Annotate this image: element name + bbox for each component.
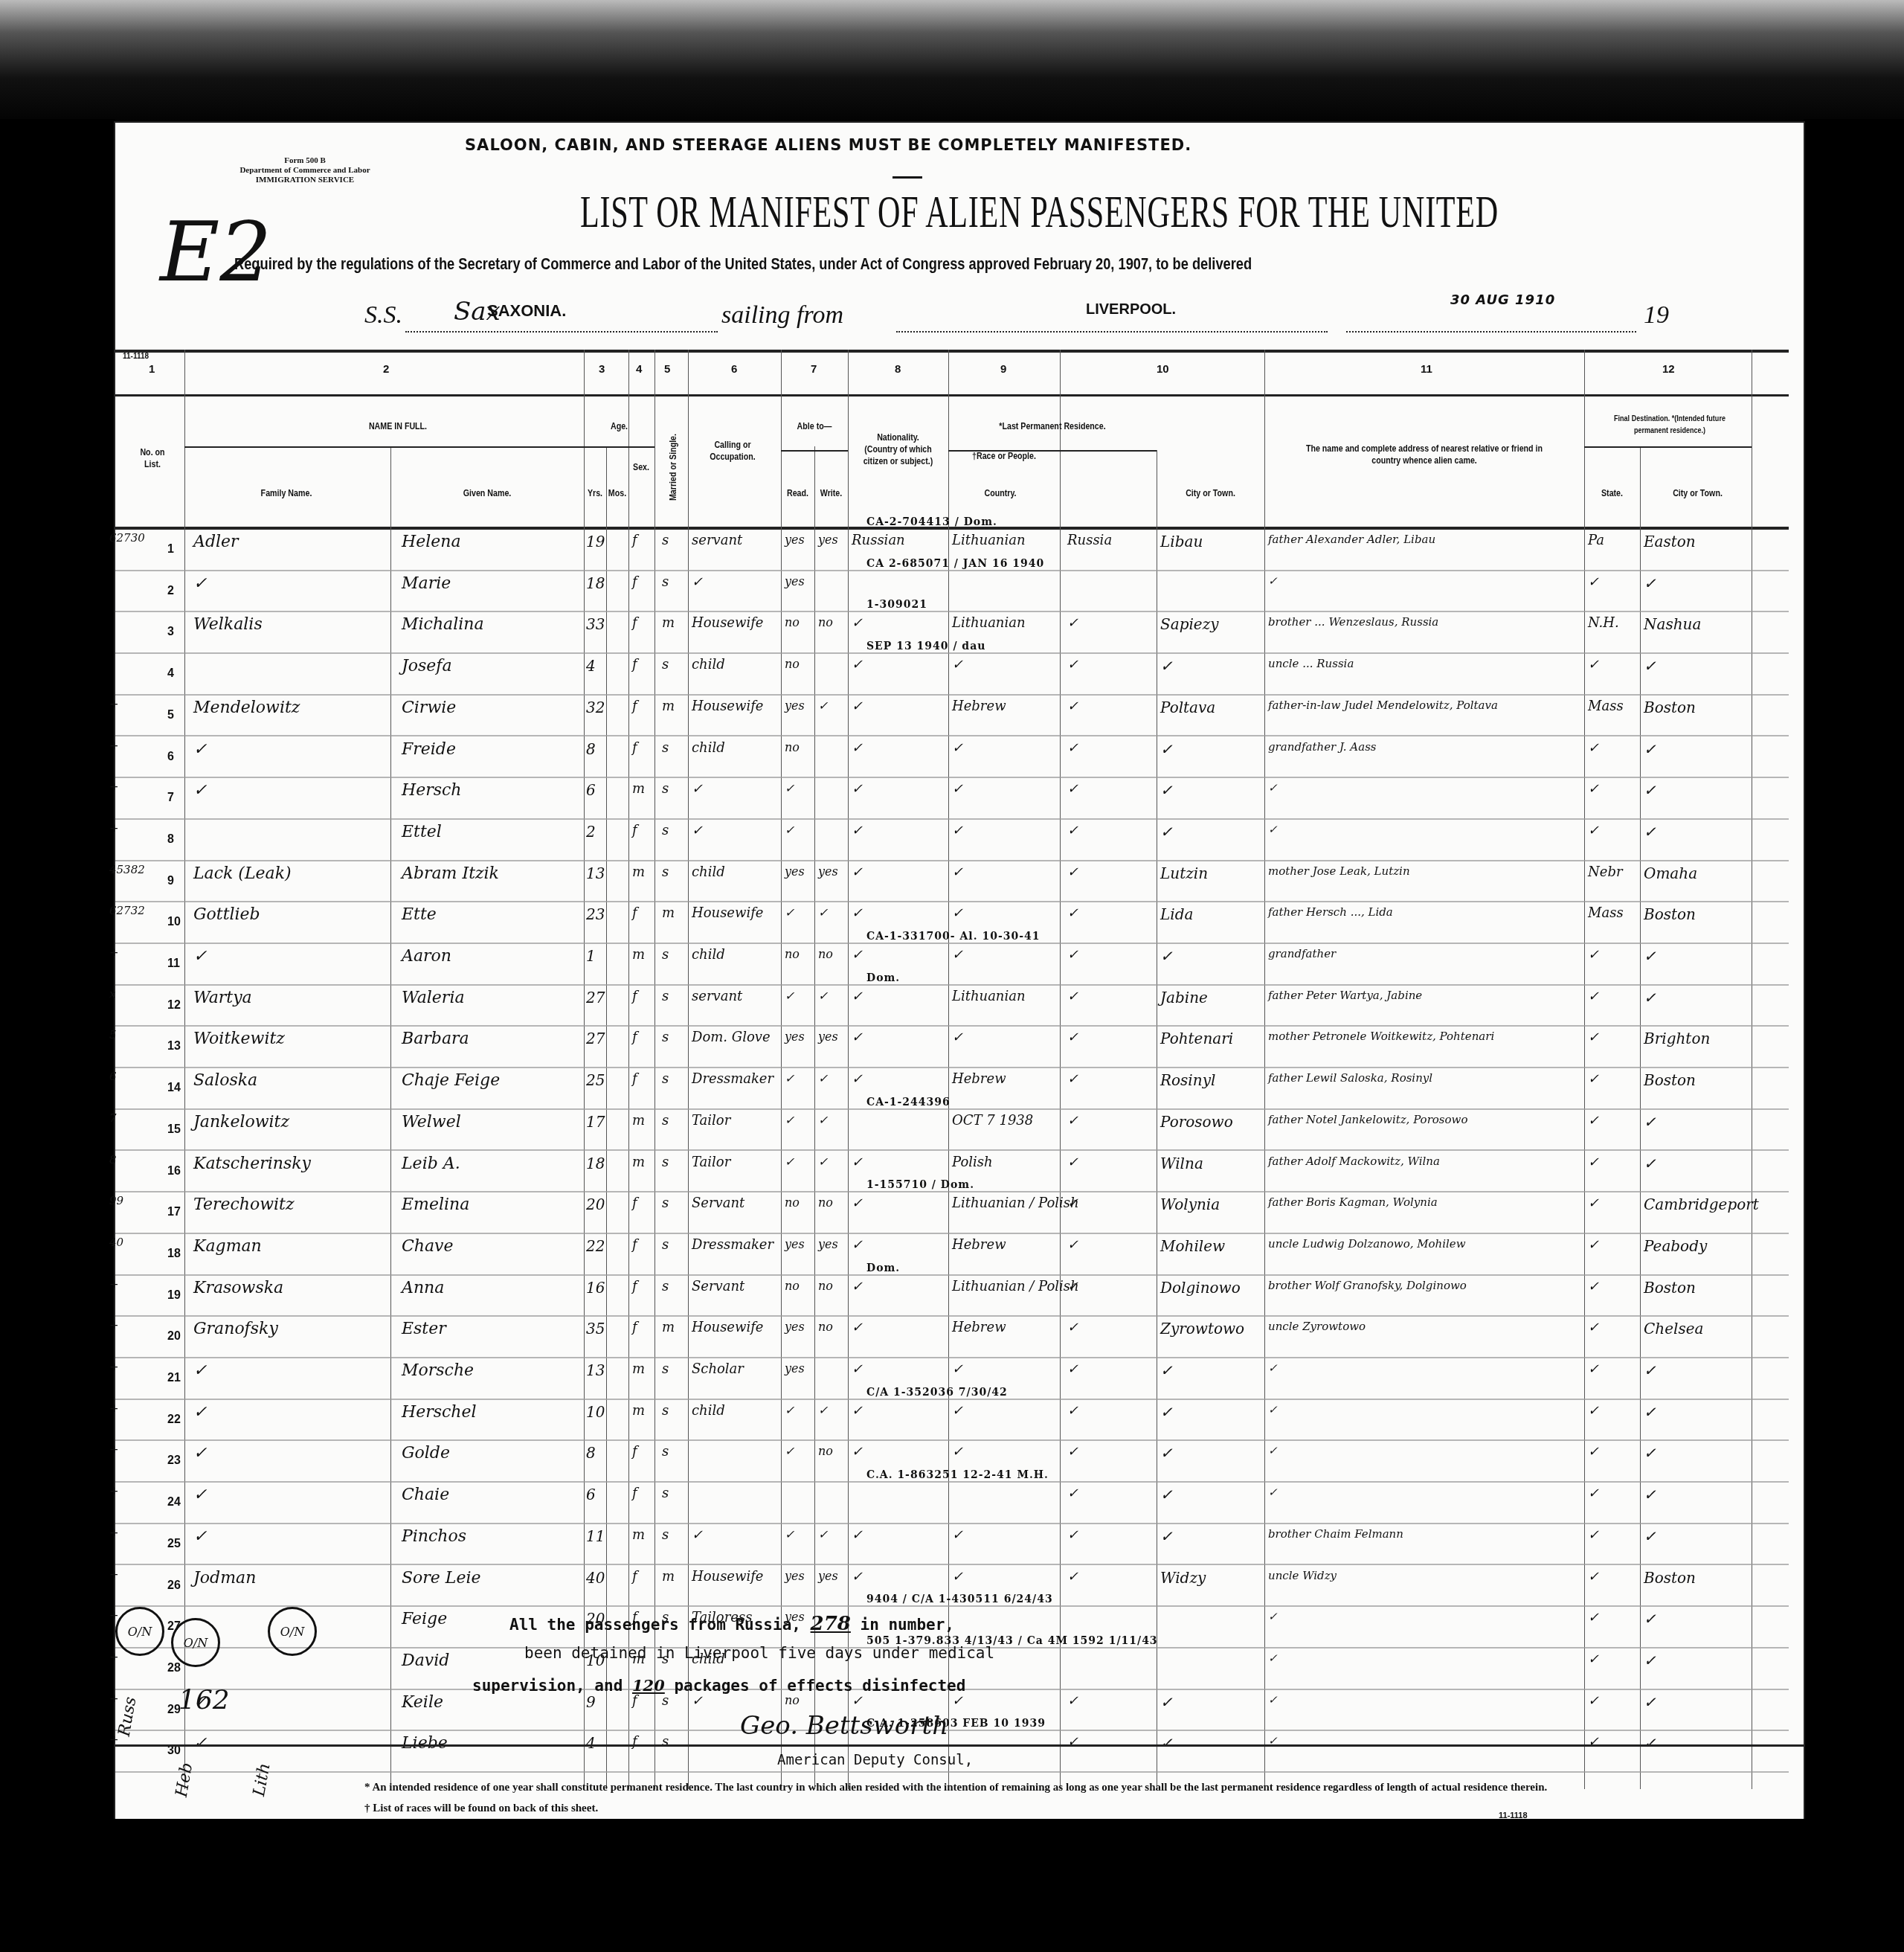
residence-city: Rosinyl: [1160, 1071, 1215, 1089]
nationality: ✓: [852, 947, 863, 963]
row-number: 9: [167, 875, 174, 888]
residence-city: Lutzin: [1160, 864, 1208, 882]
footer-line-2: been detained in Liverpool five days und…: [524, 1644, 994, 1662]
nationality: ✓: [852, 1361, 863, 1377]
form-identifier: Form 500 B Department of Commerce and La…: [223, 156, 387, 185]
sex: f: [632, 823, 637, 838]
can-write: yes: [818, 1030, 838, 1044]
row-margin-note: 62730: [109, 531, 145, 545]
destination-city: Chelsea: [1644, 1320, 1703, 1338]
destination-state: ✓: [1588, 740, 1599, 756]
nationality: Russian: [852, 533, 905, 548]
residence-city: Zyrowtowo: [1160, 1320, 1244, 1338]
given-name: Chaie: [402, 1486, 449, 1504]
family-name: ✓: [193, 1734, 207, 1753]
marital-status: m: [662, 615, 675, 631]
given-name: Abram Itzik: [402, 864, 499, 883]
residence-country: ✓: [1067, 989, 1078, 1004]
marital-status: m: [662, 905, 675, 921]
nationality: ✓: [852, 615, 863, 631]
row-margin-note: +: [109, 1526, 119, 1539]
given-name: Aaron: [402, 947, 451, 966]
can-write: ✓: [818, 1071, 828, 1085]
family-name: Terechowitz: [193, 1195, 295, 1214]
nationality: ✓: [852, 1320, 863, 1335]
nationality: ✓: [852, 823, 863, 838]
can-read: ✓: [785, 1113, 794, 1127]
race: ✓: [952, 947, 963, 963]
race: ✓: [952, 823, 963, 838]
passenger-count: 278: [811, 1613, 851, 1635]
can-write: ✓: [818, 1155, 828, 1169]
marital-status: m: [662, 1569, 675, 1585]
marital-status: s: [662, 1071, 669, 1087]
given-name: Helena: [402, 533, 461, 551]
destination-state: N.H.: [1588, 615, 1619, 631]
given-name: Morsche: [402, 1361, 474, 1380]
family-name: Gottlieb: [193, 905, 260, 924]
residence-city: Poltava: [1160, 699, 1215, 716]
annotation-stamp: CA-1-331700- Al. 10-30-41: [866, 931, 1041, 943]
marital-status: s: [662, 1155, 669, 1170]
table-row: 11+✓Aaron1mschildnono✓✓✓✓grandfather✓✓CA…: [115, 944, 1789, 986]
colnum-10: 10: [1157, 363, 1169, 376]
destination-city: ✓: [1644, 1610, 1656, 1628]
occupation: child: [692, 864, 725, 880]
sex: f: [632, 1195, 637, 1211]
ship-line: S.S. Sax SAXONIA. sailing from LIVERPOOL…: [364, 301, 1792, 338]
sex: f: [632, 1734, 637, 1750]
can-read: no: [785, 1693, 800, 1707]
can-read: ✓: [785, 1444, 794, 1458]
row-margin-note: +: [109, 739, 119, 752]
destination-city: Easton: [1644, 533, 1696, 550]
occupation: Servant: [692, 1279, 744, 1294]
row-margin-note: 5: [109, 1028, 117, 1041]
consul-signature: Geo. Bettsworth: [740, 1711, 948, 1741]
annotation-stamp: C/A 1-352036 7/30/42: [866, 1387, 1008, 1399]
residence-country: ✓: [1067, 699, 1078, 714]
age-years: 32: [586, 699, 605, 716]
destination-state: ✓: [1588, 1734, 1599, 1750]
age-years: 4: [586, 1734, 596, 1752]
row-margin-note: +: [109, 1484, 119, 1497]
residence-city: Lida: [1160, 905, 1193, 923]
can-read: yes: [785, 1030, 805, 1044]
race: Hebrew: [952, 1071, 1006, 1087]
nationality: ✓: [852, 1155, 863, 1170]
date-dotline: [1346, 331, 1636, 333]
annotation-stamp: 1-155710 / Dom.: [866, 1179, 974, 1191]
age-years: 6: [586, 781, 596, 799]
race: ✓: [952, 740, 963, 756]
given-name: Chaje Feige: [402, 1071, 500, 1090]
destination-city: ✓: [1644, 657, 1656, 675]
consul-title: American Deputy Consul,: [777, 1752, 973, 1768]
nearest-relative: ✓: [1268, 1693, 1278, 1707]
given-name: Keile: [402, 1693, 443, 1712]
can-write: no: [818, 1444, 833, 1458]
destination-city: Cambridgeport: [1644, 1195, 1759, 1213]
destination-state: ✓: [1588, 989, 1599, 1004]
family-name: ✓: [193, 1444, 207, 1463]
residence-country: ✓: [1067, 615, 1078, 631]
race: ✓: [952, 781, 963, 797]
family-name: Saloska: [193, 1071, 257, 1090]
can-read: ✓: [785, 781, 794, 795]
nearest-relative: father Adolf Mackowitz, Wilna: [1268, 1155, 1440, 1168]
destination-state: ✓: [1588, 1403, 1599, 1419]
occupation: Housewife: [692, 905, 764, 921]
age-years: 23: [586, 905, 605, 923]
nationality: ✓: [852, 1444, 863, 1460]
residence-country: ✓: [1067, 1486, 1078, 1501]
race: Lithuanian / Polish: [952, 1195, 1079, 1211]
age-years: 1: [586, 947, 596, 965]
row-margin-note: +: [109, 1402, 119, 1415]
nearest-relative: father Notel Jankelowitz, Porosowo: [1268, 1113, 1467, 1126]
can-read: ✓: [785, 1071, 794, 1085]
occupation: Dressmaker: [692, 1237, 773, 1253]
header-family-name: Family Name.: [225, 487, 347, 499]
nationality: ✓: [852, 1071, 863, 1087]
date-stamp: 30 AUG 1910: [1450, 292, 1555, 308]
colnum-6: 6: [731, 363, 737, 376]
family-name: ✓: [193, 740, 207, 759]
page-title: LIST OR MANIFEST OF ALIEN PASSENGERS FOR…: [580, 186, 1499, 239]
header-country: Country.: [964, 487, 1037, 499]
sex: m: [632, 1113, 645, 1128]
destination-city: ✓: [1644, 1651, 1656, 1669]
sex: f: [632, 1444, 637, 1460]
marital-status: s: [662, 1113, 669, 1128]
destination-city: ✓: [1644, 781, 1656, 799]
colnum-3: 3: [599, 363, 605, 376]
race: ✓: [952, 1403, 963, 1419]
destination-city: ✓: [1644, 1113, 1656, 1131]
marital-status: s: [662, 1693, 669, 1709]
can-read: yes: [785, 1320, 805, 1334]
row-number: 8: [167, 833, 174, 847]
header-write: Write.: [817, 487, 845, 499]
row-margin-note: +: [109, 1318, 119, 1332]
table-row: 6+✓Freide8fschildno✓✓✓✓grandfather J. Aa…: [115, 737, 1789, 779]
can-read: yes: [785, 533, 805, 547]
destination-state: ✓: [1588, 1361, 1599, 1377]
banner-rule: [892, 176, 922, 179]
can-write: no: [818, 615, 833, 629]
table-row: 7+✓Hersch6ms✓✓✓✓✓✓✓✓✓: [115, 778, 1789, 820]
age-years: 33: [586, 615, 605, 633]
destination-city: ✓: [1644, 574, 1656, 592]
given-name: Michalina: [402, 615, 484, 634]
residence-city: Wolynia: [1160, 1195, 1220, 1213]
row-number: 26: [167, 1579, 181, 1593]
annotation-stamp: 9404 / C/A 1-430511 6/24/43: [866, 1593, 1053, 1605]
row-number: 19: [167, 1289, 181, 1303]
marital-status: s: [662, 947, 669, 963]
occupation: ✓: [692, 1693, 703, 1709]
family-name: ✓: [193, 1527, 207, 1546]
given-name: Ester: [402, 1320, 446, 1338]
nearest-relative: ✓: [1268, 1403, 1278, 1416]
row-margin-note: +: [109, 945, 119, 959]
residence-country: ✓: [1067, 1195, 1078, 1211]
occupation: child: [692, 657, 725, 672]
family-name: ✓: [193, 947, 207, 966]
table-row: 19+KrasowskaAnna16fsServantnono✓Lithuani…: [115, 1276, 1789, 1317]
row-number: 16: [167, 1165, 181, 1178]
nearest-relative: ✓: [1268, 574, 1278, 588]
marital-status: s: [662, 1403, 669, 1419]
age-years: 17: [586, 1113, 605, 1131]
age-years: 27: [586, 989, 605, 1006]
residence-country: ✓: [1067, 1279, 1078, 1294]
family-name: ✓: [193, 574, 207, 593]
sailing-from-label: sailing from: [721, 301, 843, 330]
can-read: no: [785, 947, 800, 961]
row-number: 24: [167, 1496, 181, 1509]
race: Lithuanian: [952, 533, 1026, 548]
can-read: yes: [785, 864, 805, 879]
header-nationality: Nationality. (Country of which citizen o…: [860, 431, 936, 467]
residence-city: Wilna: [1160, 1155, 1203, 1172]
row-number: 11: [167, 957, 180, 971]
marital-status: s: [662, 740, 669, 756]
destination-city: ✓: [1644, 1444, 1656, 1462]
can-write: no: [818, 1320, 833, 1334]
margin-tally: 162: [178, 1685, 230, 1715]
residence-country: Russia: [1067, 533, 1112, 548]
age-years: 11: [586, 1527, 605, 1545]
can-write: ✓: [818, 905, 828, 919]
given-name: Ette: [402, 905, 437, 924]
given-name: Welwel: [402, 1113, 461, 1131]
can-read: ✓: [785, 823, 794, 837]
residence-city: Pohtenari: [1160, 1030, 1233, 1047]
annotation-stamp: 1-309021: [866, 599, 927, 611]
sex: f: [632, 533, 637, 548]
family-name: Mendelowitz: [193, 699, 300, 717]
row-number: 15: [167, 1123, 181, 1137]
can-write: yes: [818, 533, 838, 547]
nationality: ✓: [852, 1403, 863, 1419]
can-write: no: [818, 1279, 833, 1293]
destination-state: ✓: [1588, 1651, 1599, 1667]
occupation: servant: [692, 533, 742, 548]
race: ✓: [952, 1361, 963, 1377]
scan-border-right: [1804, 119, 1904, 1830]
nearest-relative: brother Wolf Granofsky, Dolginowo: [1268, 1279, 1467, 1292]
given-name: Chave: [402, 1237, 454, 1256]
occupation: servant: [692, 989, 742, 1004]
port-dotline: [896, 331, 1328, 333]
row-number: 3: [167, 626, 174, 639]
family-name: Jankelowitz: [193, 1113, 289, 1131]
ship-dotline: [405, 331, 718, 333]
manifest-table: 11-1118 1 2 3 4 5 6 7 8 9 10 11: [115, 350, 1804, 1789]
nearest-relative: ✓: [1268, 1486, 1278, 1499]
header-dest-city: City or Town.: [1656, 487, 1739, 499]
row-margin-note: +: [109, 821, 119, 835]
sex: m: [632, 864, 645, 880]
colnum-8: 8: [895, 363, 901, 376]
given-name: Anna: [402, 1279, 444, 1297]
residence-city: ✓: [1160, 1444, 1173, 1462]
residence-city: Jabine: [1160, 989, 1208, 1006]
race: ✓: [952, 1444, 963, 1460]
can-write: no: [818, 947, 833, 961]
can-read: no: [785, 615, 800, 629]
port-name: LIVERPOOL.: [1086, 301, 1176, 318]
row-rule: [115, 1771, 1789, 1773]
nearest-relative: mother Petronele Woitkewitz, Pohtenari: [1268, 1030, 1494, 1043]
marital-status: s: [662, 1734, 669, 1750]
family-name: Lack (Leak): [193, 864, 292, 883]
residence-country: ✓: [1067, 1071, 1078, 1087]
footnote-residence: * An intended residence of one year shal…: [364, 1782, 1778, 1794]
destination-state: ✓: [1588, 1113, 1599, 1128]
given-name: Marie: [402, 574, 451, 593]
table-row: 157JankelowitzWelwel17msTailor✓✓OCT 7 19…: [115, 1110, 1789, 1152]
residence-country: ✓: [1067, 1569, 1078, 1585]
residence-country: ✓: [1067, 1155, 1078, 1170]
colnum-rule: [115, 394, 1789, 396]
marital-status: s: [662, 781, 669, 797]
residence-city: Dolginowo: [1160, 1279, 1241, 1297]
residence-country: ✓: [1067, 823, 1078, 838]
nearest-relative: uncle Ludwig Dolzanowo, Mohilew: [1268, 1237, 1466, 1250]
row-margin-note: +: [109, 1277, 119, 1291]
nationality: ✓: [852, 1237, 863, 1253]
nationality: ✓: [852, 1030, 863, 1045]
nearest-relative: father Alexander Adler, Libau: [1268, 533, 1435, 546]
residence-country: ✓: [1067, 947, 1078, 963]
nearest-relative: ✓: [1268, 1610, 1278, 1623]
given-name: Feige: [402, 1610, 447, 1628]
residence-country: ✓: [1067, 1113, 1078, 1128]
nearest-relative: brother ... Wenzeslaus, Russia: [1268, 615, 1438, 629]
occupation: Housewife: [692, 1569, 764, 1585]
header-race: †Race or People.: [962, 450, 1047, 462]
residence-city: ✓: [1160, 823, 1173, 841]
header-name-in-full: NAME IN FULL.: [306, 420, 489, 432]
table-row: 5+MendelowitzCirwie32fmHousewifeyes✓✓Heb…: [115, 696, 1789, 737]
destination-city: ✓: [1644, 1734, 1656, 1752]
row-margin-note: 6: [109, 1070, 117, 1083]
sex: f: [632, 1693, 637, 1709]
given-name: Cirwie: [402, 699, 456, 717]
sex: f: [632, 1569, 637, 1585]
circled-mark: O/N: [171, 1618, 220, 1667]
header-state: State.: [1589, 487, 1636, 499]
given-name: Josefa: [402, 657, 452, 675]
nationality: ✓: [852, 699, 863, 714]
annotation-stamp: C.A. 1-863251 12-2-41 M.H.: [866, 1469, 1049, 1481]
race: Polish: [952, 1155, 993, 1170]
race: ✓: [952, 1693, 963, 1709]
row-number: 14: [167, 1082, 181, 1095]
race: Lithuanian: [952, 615, 1026, 631]
residence-city: ✓: [1160, 1734, 1173, 1752]
row-margin-note: x: [109, 987, 115, 1001]
annotation-stamp: CA-2-704413 / Dom.: [866, 516, 997, 528]
residence-country: ✓: [1067, 905, 1078, 921]
header-given-name: Given Name.: [426, 487, 548, 499]
sex: f: [632, 1279, 637, 1294]
sex: m: [632, 781, 645, 797]
occupation: ✓: [692, 823, 703, 838]
destination-city: Boston: [1644, 699, 1696, 716]
sex: f: [632, 615, 637, 631]
age-years: 9: [586, 1693, 596, 1711]
residence-country: ✓: [1067, 1361, 1078, 1377]
sex: f: [632, 657, 637, 672]
footnote-races: † List of races will be found on back of…: [364, 1802, 598, 1815]
colnum-2: 2: [383, 363, 389, 376]
can-write: ✓: [818, 1527, 828, 1541]
header-last-residence: *Last Permanent Residence.: [973, 420, 1131, 432]
race: Hebrew: [952, 1237, 1006, 1253]
sex: m: [632, 1527, 645, 1543]
given-name: Liebe: [402, 1734, 448, 1753]
family-name: ✓: [193, 1403, 207, 1422]
can-read: ✓: [785, 1155, 794, 1169]
destination-city: ✓: [1644, 1527, 1656, 1545]
year-prefix: 19: [1644, 301, 1669, 330]
can-read: yes: [785, 1569, 805, 1583]
table-row: 2✓Marie18fs✓yes✓✓✓CA 2-685071 / JAN 16 1…: [115, 571, 1789, 613]
given-name: Golde: [402, 1444, 450, 1463]
residence-country: ✓: [1067, 1237, 1078, 1253]
annotation-stamp: CA-1-244396: [866, 1097, 951, 1108]
regulation-subtitle: Required by the regulations of the Secre…: [234, 254, 1252, 274]
residence-city: ✓: [1160, 1361, 1173, 1379]
residence-city: ✓: [1160, 1486, 1173, 1503]
residence-country: ✓: [1067, 1403, 1078, 1419]
destination-state: ✓: [1588, 657, 1599, 672]
family-name: Jodman: [193, 1569, 256, 1587]
age-years: 8: [586, 740, 596, 758]
header-sex: Sex.: [632, 461, 651, 473]
banner-text: SALOON, CABIN, AND STEERAGE ALIENS MUST …: [465, 136, 1191, 154]
occupation: child: [692, 947, 725, 963]
footer-line-3: supervision, and 120 packages of effects…: [472, 1676, 965, 1695]
nationality: ✓: [852, 1693, 863, 1709]
age-years: 25: [586, 1071, 605, 1089]
row-number: 13: [167, 1040, 181, 1053]
manifest-page: Form 500 B Department of Commerce and La…: [115, 123, 1804, 1819]
destination-state: Nebr: [1588, 864, 1623, 880]
race: ✓: [952, 905, 963, 921]
destination-state: ✓: [1588, 823, 1599, 838]
residence-country: ✓: [1067, 1030, 1078, 1045]
can-read: yes: [785, 1361, 805, 1375]
header-yrs: Yrs.: [586, 487, 605, 499]
row-margin-note: 40: [109, 1236, 123, 1249]
destination-state: ✓: [1588, 1155, 1599, 1170]
annotation-e2: E2: [160, 205, 271, 300]
header-read: Read.: [784, 487, 811, 499]
row-margin-note: 8: [109, 1153, 117, 1166]
age-years: 18: [586, 574, 605, 592]
destination-city: ✓: [1644, 989, 1656, 1006]
nearest-relative: father Peter Wartya, Jabine: [1268, 989, 1422, 1002]
race: OCT 7 1938: [952, 1113, 1033, 1128]
destination-state: ✓: [1588, 781, 1599, 797]
age-years: 10: [586, 1403, 605, 1421]
nationality: ✓: [852, 905, 863, 921]
